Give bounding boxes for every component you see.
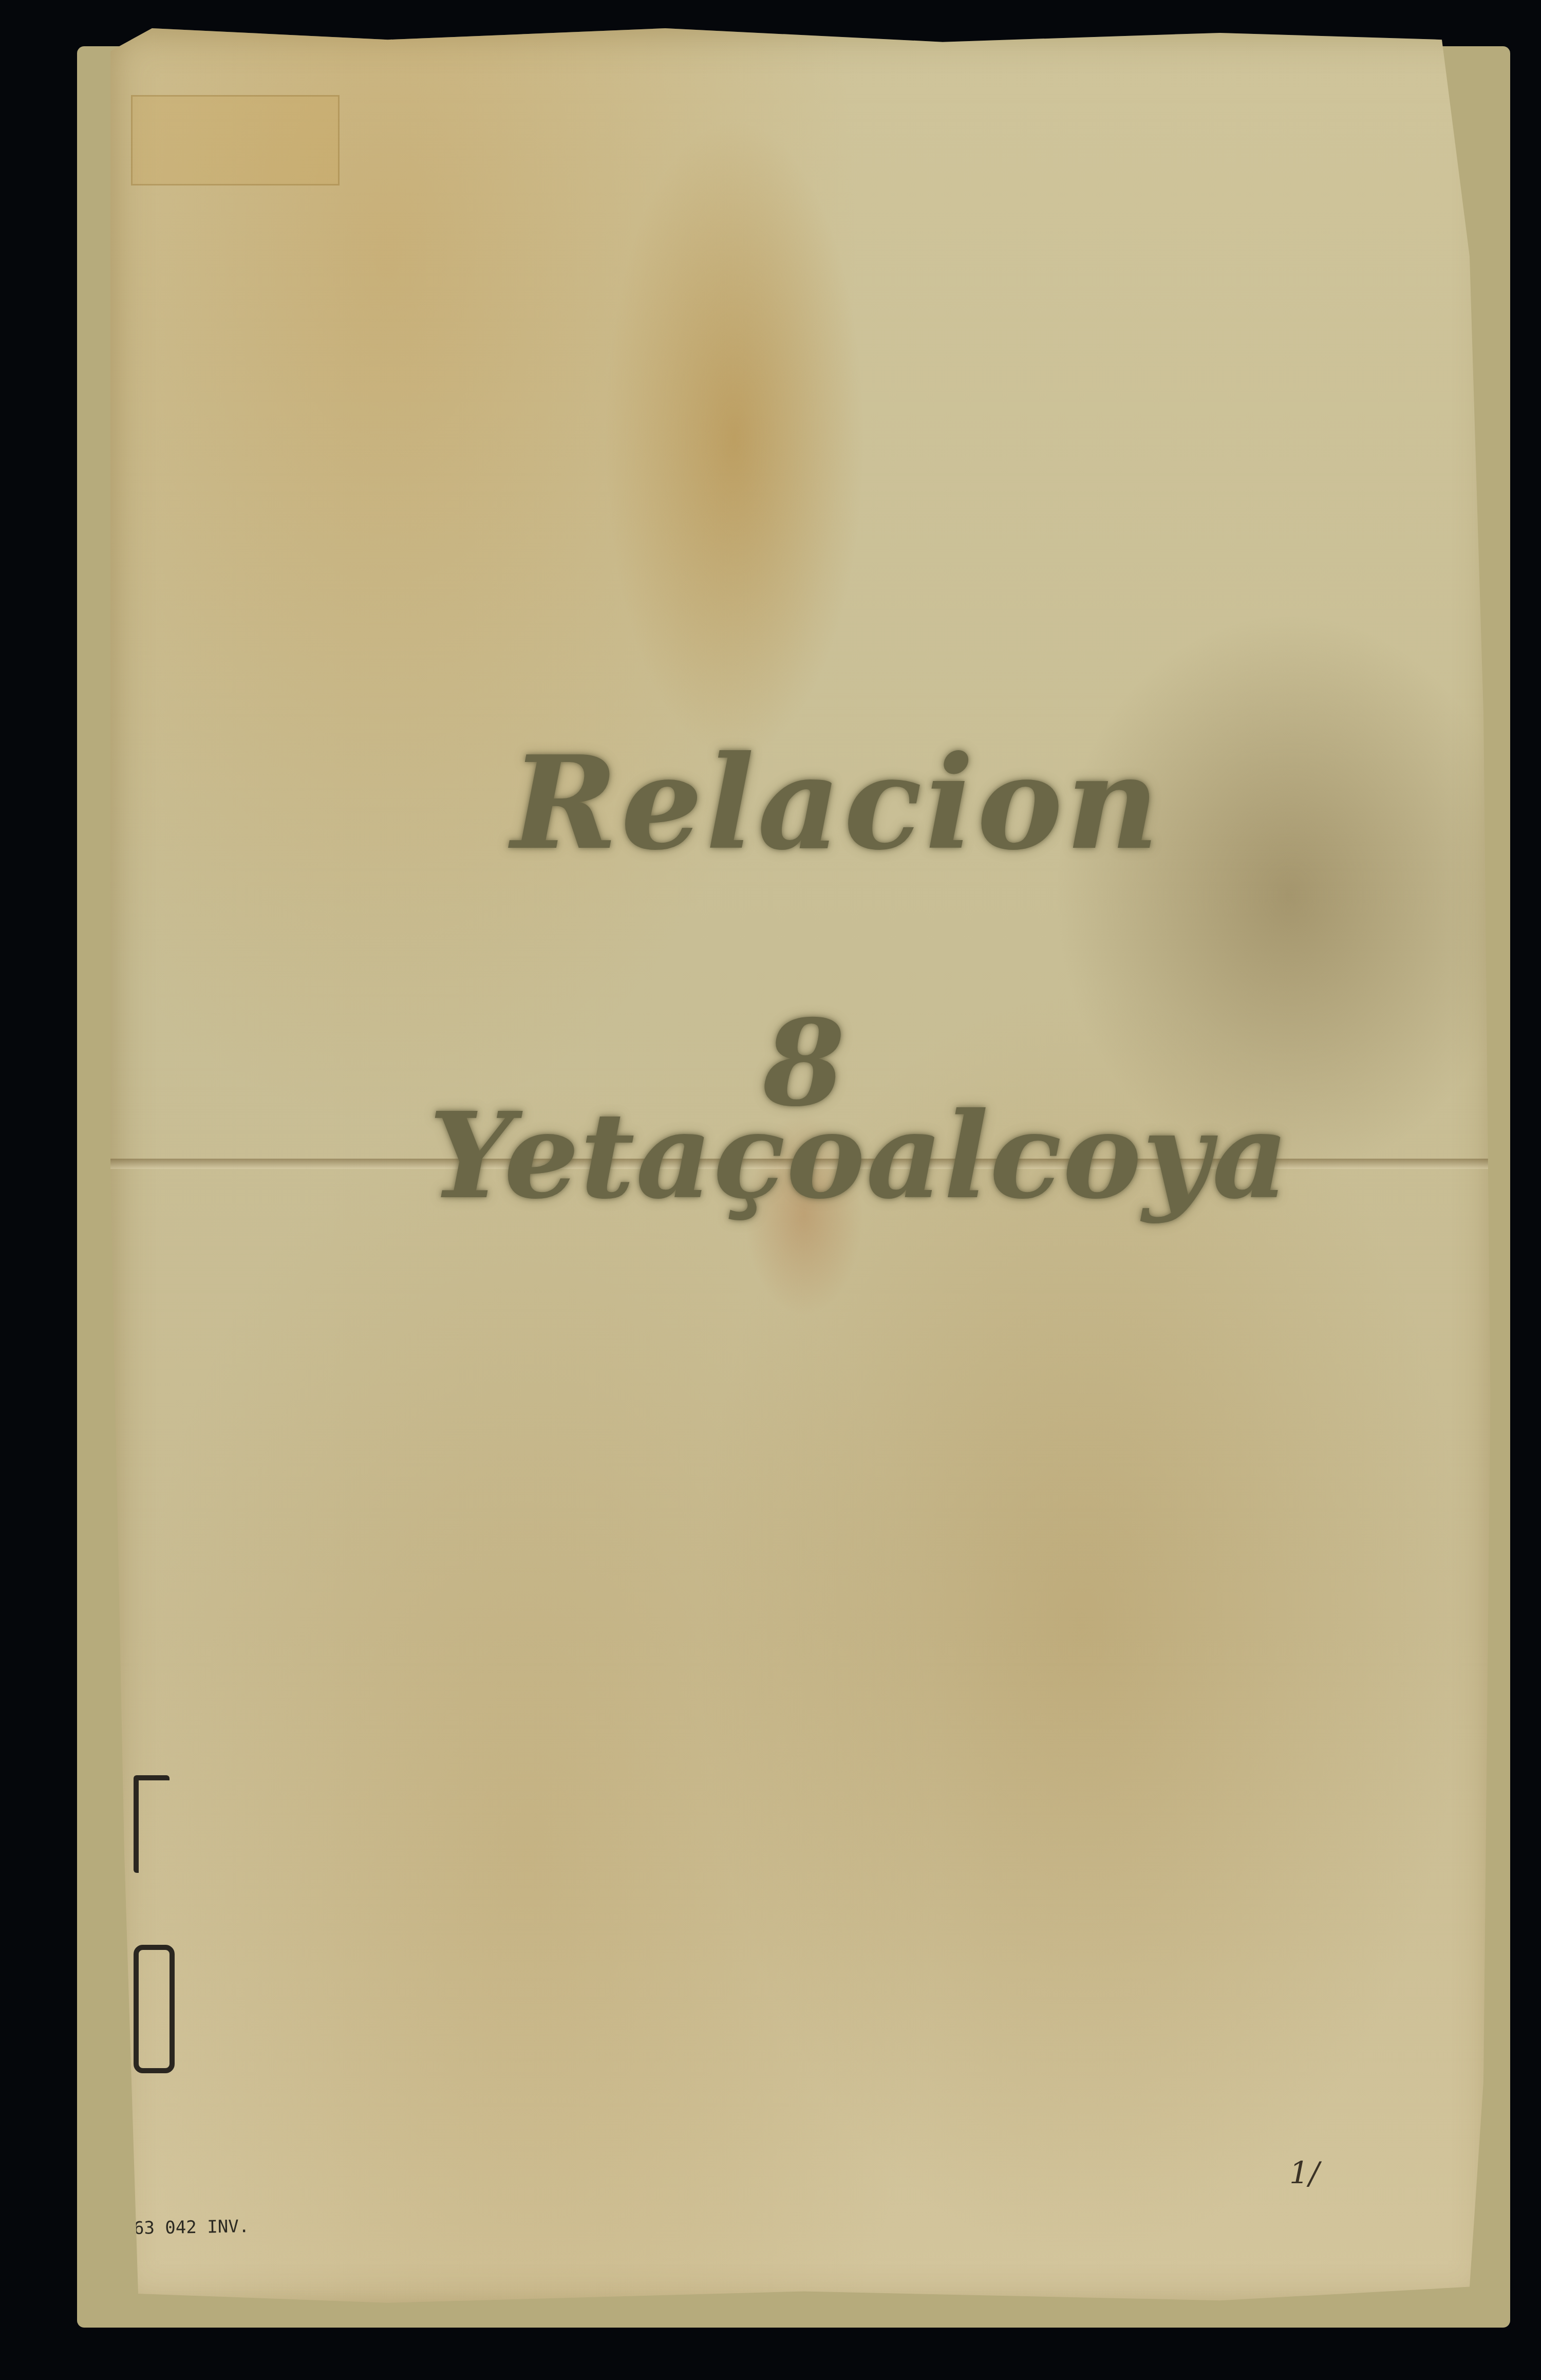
title-line-1: Relacion: [511, 727, 1162, 878]
repair-patch: [131, 95, 340, 185]
inventory-number: 63 042 INV.: [134, 2216, 250, 2239]
manuscript-cover: Relacion 8 Yetaçoalcoya 1/ 63 042 INV.: [110, 28, 1497, 2310]
margin-mark-l: [134, 1775, 170, 1873]
margin-mark-u: [134, 1945, 175, 2073]
title-line-3: Yetaçoalcoya: [429, 1087, 1290, 1225]
folio-mark: 1/: [1289, 2155, 1319, 2191]
